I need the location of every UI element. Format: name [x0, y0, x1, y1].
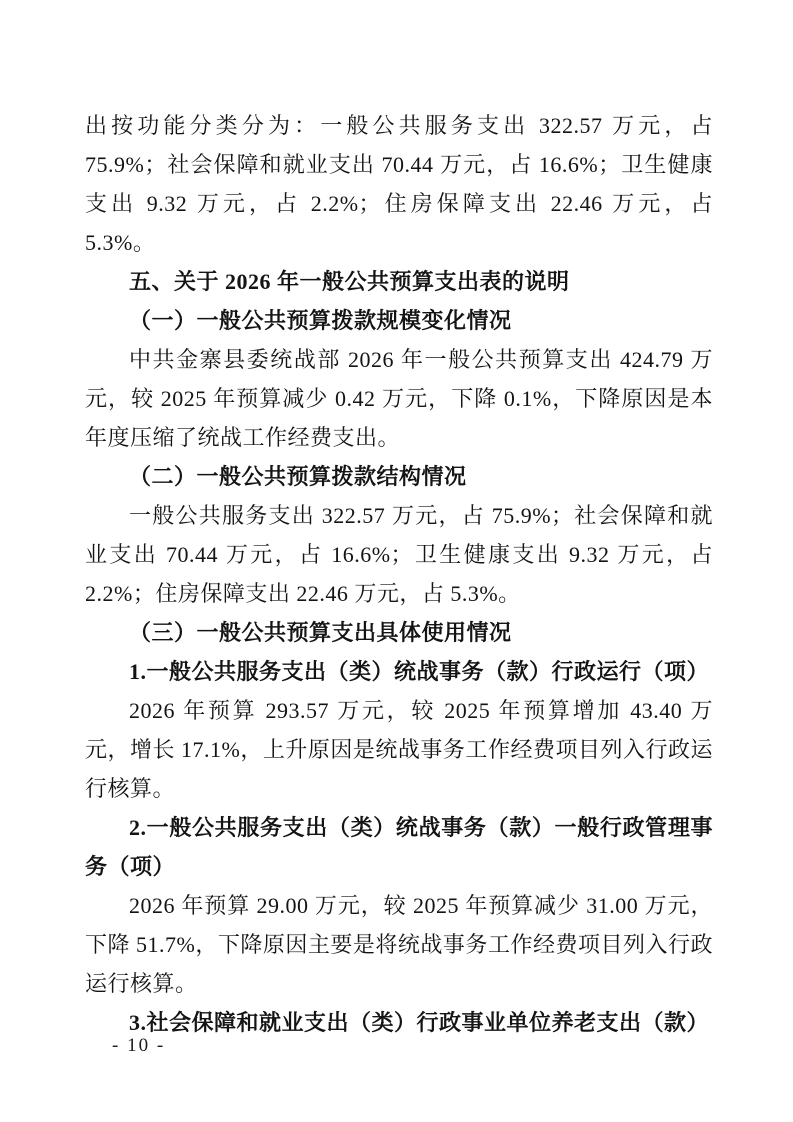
paragraph-item-2-detail: 2026 年预算 29.00 万元，较 2025 年预算减少 31.00 万元，… [85, 886, 713, 1003]
page-number: - 10 - [112, 1033, 165, 1059]
document-body: 出按功能分类分为：一般公共服务支出 322.57 万元，占 75.9%；社会保障… [85, 106, 713, 1042]
paragraph-item-1-detail: 2026 年预算 293.57 万元，较 2025 年预算增加 43.40 万元… [85, 691, 713, 808]
heading-item-3-pension-expenditure: 3.社会保障和就业支出（类）行政事业单位养老支出（款） [85, 1003, 713, 1042]
document-page: 出按功能分类分为：一般公共服务支出 322.57 万元，占 75.9%；社会保障… [0, 0, 793, 1122]
heading-subsection-two: （二）一般公共预算拨款结构情况 [85, 457, 713, 496]
heading-item-1-administrative-operation: 1.一般公共服务支出（类）统战事务（款）行政运行（项） [85, 652, 713, 691]
paragraph-budget-structure: 一般公共服务支出 322.57 万元，占 75.9%；社会保障和就业支出 70.… [85, 496, 713, 613]
paragraph-budget-scale-change: 中共金寨县委统战部 2026 年一般公共预算支出 424.79 万元，较 202… [85, 340, 713, 457]
heading-subsection-three: （三）一般公共预算支出具体使用情况 [85, 613, 713, 652]
heading-subsection-one: （一）一般公共预算拨款规模变化情况 [85, 301, 713, 340]
heading-section-five: 五、关于 2026 年一般公共预算支出表的说明 [85, 262, 713, 301]
paragraph-functional-classification-continuation: 出按功能分类分为：一般公共服务支出 322.57 万元，占 75.9%；社会保障… [85, 106, 713, 262]
heading-item-2-general-admin-affairs: 2.一般公共服务支出（类）统战事务（款）一般行政管理事务（项） [85, 808, 713, 886]
